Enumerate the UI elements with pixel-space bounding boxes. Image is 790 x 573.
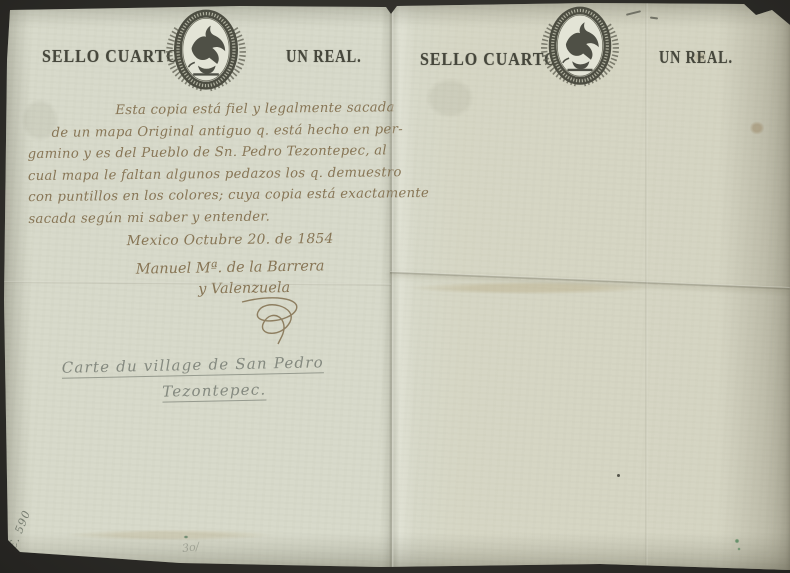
signature-name: Manuel Mª. de la Barrera bbox=[136, 256, 325, 280]
left-un-real-label: UN REAL. bbox=[286, 46, 362, 68]
manuscript-line: sacada según mi saber y entender. bbox=[28, 205, 429, 231]
right-un-real-label: UN REAL. bbox=[659, 47, 733, 69]
mexican-eagle-seal-icon bbox=[533, 5, 627, 91]
ink-speck bbox=[617, 474, 620, 477]
signature-rubric-flourish bbox=[232, 292, 312, 348]
french-note-line: Tezontepec. bbox=[162, 380, 266, 402]
photo-background: SELLO CUARTO UN REAL. SELLO CUARTO UN RE… bbox=[0, 0, 790, 573]
french-note-line: Carte du village de San Pedro bbox=[62, 353, 325, 378]
manuscript-line: Esta copia está fiel y legalmente sacada bbox=[115, 97, 428, 122]
scratch-mark bbox=[626, 10, 641, 16]
horizontal-fold-right bbox=[390, 271, 790, 290]
document-paper: SELLO CUARTO UN REAL. SELLO CUARTO UN RE… bbox=[0, 0, 790, 573]
manuscript-dateline: Mexico Octubre 20. de 1854 bbox=[127, 227, 430, 252]
mexican-eagle-seal-icon bbox=[158, 8, 254, 96]
scratch-mark bbox=[650, 16, 658, 19]
manuscript-certification-text: Esta copia está fiel y legalmente sacada… bbox=[27, 97, 429, 253]
pencil-french-note: Carte du village de San Pedro Tezontepec… bbox=[61, 349, 324, 406]
vertical-fold-right bbox=[645, 0, 648, 573]
margin-inventory-mark: Ɛ. 590 bbox=[6, 508, 33, 551]
center-fold-crease bbox=[389, 0, 394, 573]
faint-pencil-mark: 3o/ bbox=[181, 540, 200, 555]
manuscript-line: con puntillos en los colores; cuya copia… bbox=[28, 183, 429, 209]
